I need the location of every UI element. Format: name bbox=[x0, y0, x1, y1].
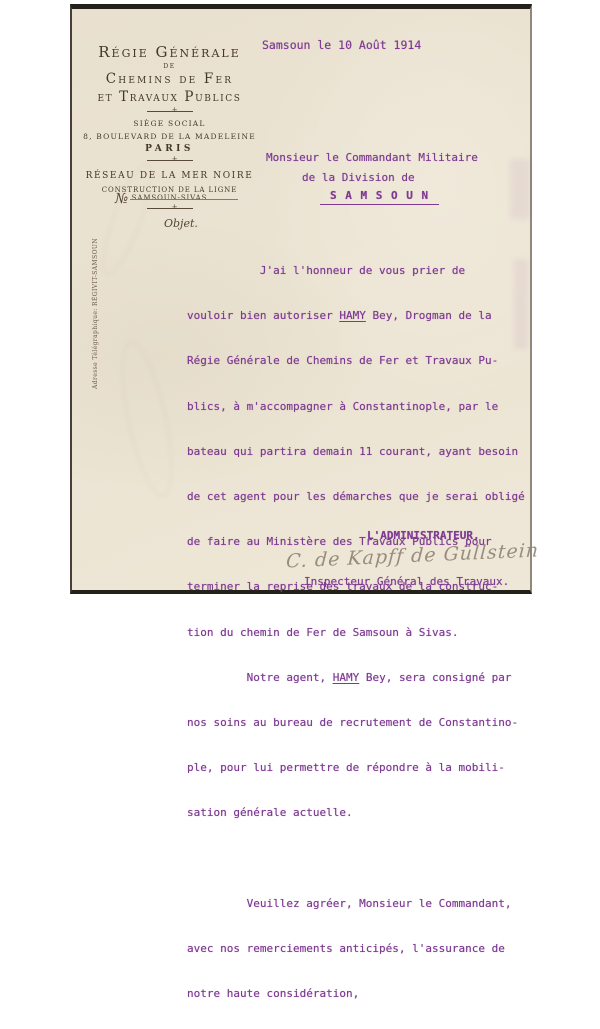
company-name-line1: Régie Générale bbox=[77, 43, 262, 61]
addressee-line-3: S A M S O U N bbox=[320, 189, 439, 205]
company-name-line2: de bbox=[77, 63, 262, 70]
administrator-title: L'ADMINISTRATEUR, bbox=[367, 529, 480, 542]
company-name-line4: et Travaux Publics bbox=[77, 89, 262, 105]
addressee-line-1: Monsieur le Commandant Militaire bbox=[266, 151, 478, 164]
dateline: Samsoun le 10 Août 1914 bbox=[262, 38, 421, 52]
divider-ornament bbox=[147, 160, 193, 164]
number-rule bbox=[130, 199, 238, 200]
divider-ornament bbox=[147, 208, 193, 212]
paper-showthrough bbox=[111, 337, 183, 502]
body-line: de cet agent pour les démarches que je s… bbox=[187, 487, 525, 506]
reference-number-line: № bbox=[115, 191, 238, 207]
letterhead: Régie Générale de Chemins de Fer et Trav… bbox=[77, 43, 262, 212]
letter-paper: Régie Générale de Chemins de Fer et Trav… bbox=[70, 4, 532, 594]
company-name-line3: Chemins de Fer bbox=[77, 71, 262, 87]
network-line: Réseau de la Mer Noire bbox=[77, 171, 262, 181]
number-label: № bbox=[115, 191, 128, 207]
siege-city: Paris bbox=[77, 144, 262, 154]
siege-social-label: Siège Social bbox=[77, 119, 262, 128]
body-line: blics, à m'accompagner à Constantinople,… bbox=[187, 397, 525, 416]
body-line: vouloir bien autoriser HAMY Bey, Drogman… bbox=[187, 306, 525, 325]
addressee-line-2: de la Division de bbox=[302, 171, 415, 184]
divider-ornament bbox=[147, 111, 193, 115]
inspector-title: Inspecteur Général des Travaux. bbox=[304, 575, 509, 588]
siege-address: 8, Boulevard de la Madeleine bbox=[77, 132, 262, 141]
objet-label: Objet. bbox=[164, 217, 198, 230]
body-line: bateau qui partira demain 11 courant, ay… bbox=[187, 442, 525, 461]
telegraph-address: Adresse Télégraphique: RÉGIVIT-SAMSOUN bbox=[92, 259, 106, 389]
ink-smudge bbox=[510, 159, 530, 219]
body-line: J'ai l'honneur de vous prier de bbox=[187, 261, 525, 280]
body-line: Régie Générale de Chemins de Fer et Trav… bbox=[187, 351, 525, 370]
